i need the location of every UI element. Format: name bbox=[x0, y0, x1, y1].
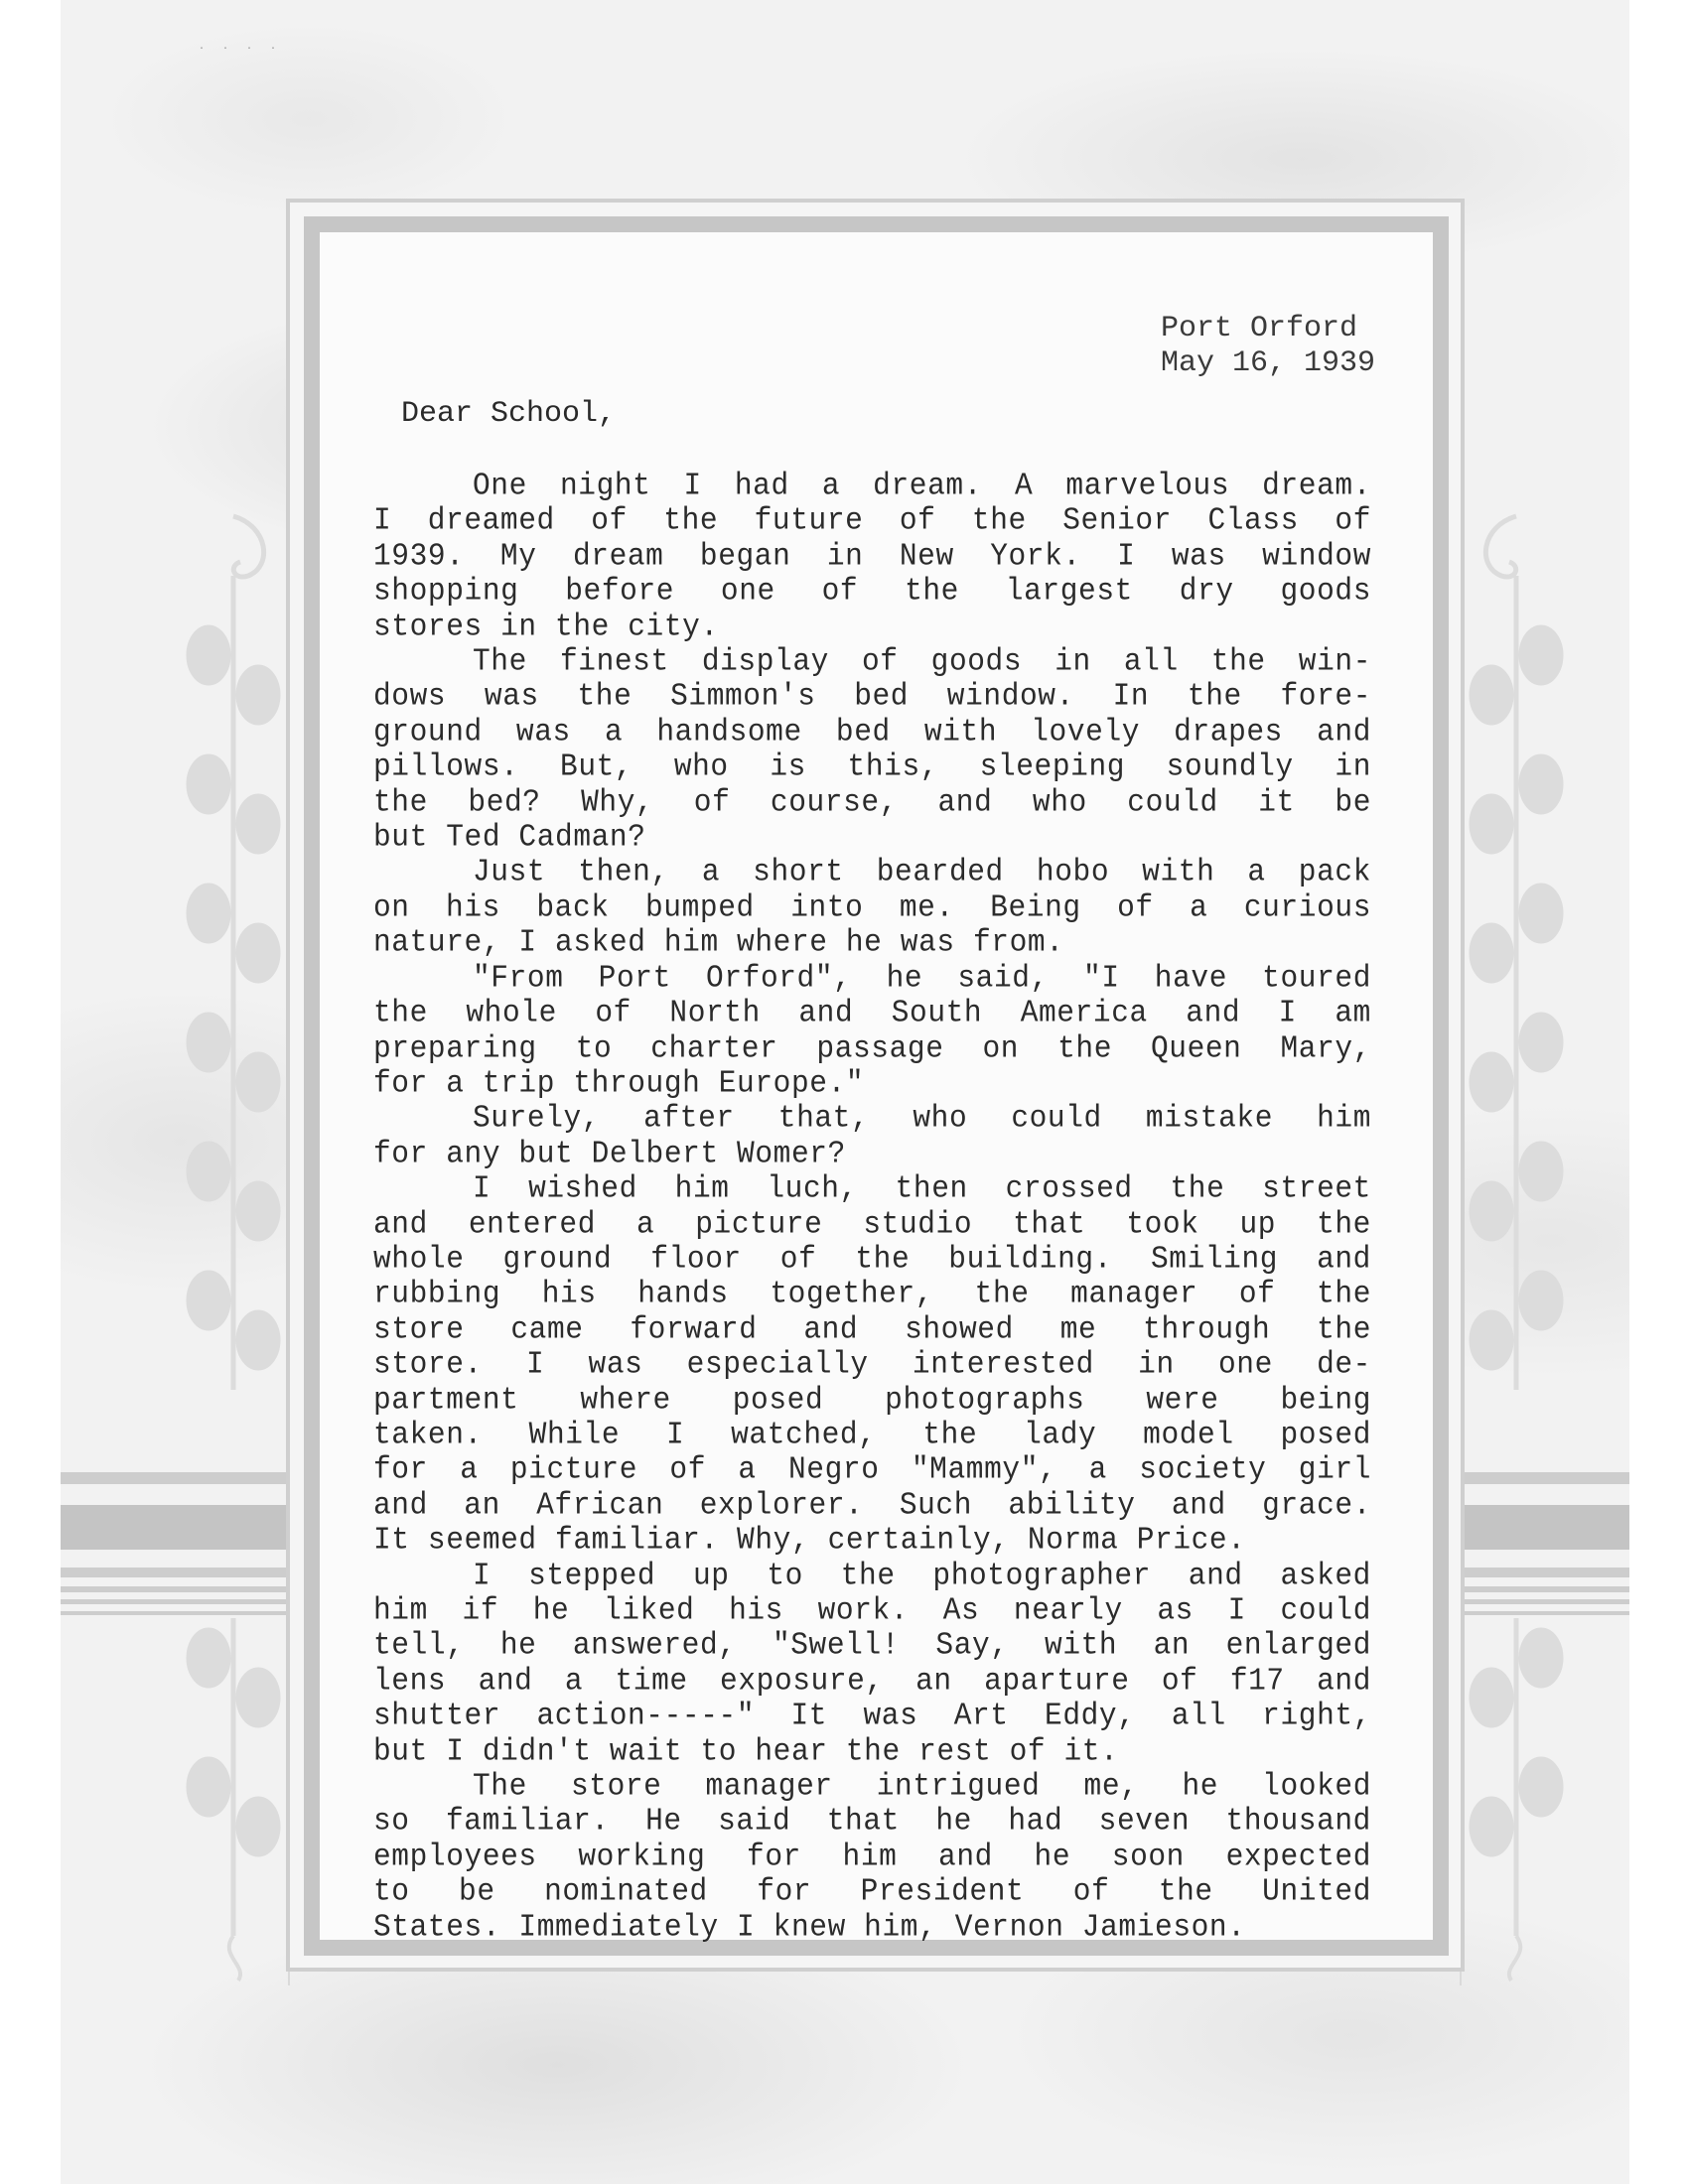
letter-line: The finest display of goods in all the w… bbox=[373, 644, 1371, 679]
letter-salutation: Dear School, bbox=[401, 397, 616, 431]
letter-line: on his back bumped into me. Being of a c… bbox=[373, 890, 1371, 925]
scan-artifact: · · · · bbox=[199, 44, 282, 55]
letter-line: pillows. But, who is this, sleeping soun… bbox=[373, 750, 1371, 784]
letter-paragraph: One night I had a dream. A marvelous dre… bbox=[373, 469, 1371, 644]
letter-line: 1939. My dream began in New York. I was … bbox=[373, 539, 1371, 574]
letter-line: for any but Delbert Womer? bbox=[373, 1137, 1371, 1171]
left-decorative-panel bbox=[179, 496, 290, 1985]
letter-line: It seemed familiar. Why, certainly, Norm… bbox=[373, 1523, 1371, 1558]
letter-line: ground was a handsome bed with lovely dr… bbox=[373, 715, 1371, 750]
letter-paragraph: Surely, after that, who could mistake hi… bbox=[373, 1101, 1371, 1171]
letter-line: but I didn't wait to hear the rest of it… bbox=[373, 1734, 1371, 1769]
letter-place: Port Orford bbox=[1161, 312, 1375, 346]
letter-line: States. Immediately I knew him, Vernon J… bbox=[373, 1910, 1371, 1945]
letter-line: I stepped up to the photographer and ask… bbox=[373, 1559, 1371, 1593]
letter-line: Surely, after that, who could mistake hi… bbox=[373, 1101, 1371, 1136]
letter-paragraph: "From Port Orford", he said, "I have tou… bbox=[373, 961, 1371, 1102]
letter-line: so familiar. He said that he had seven t… bbox=[373, 1805, 1371, 1840]
letter-line: tell, he answered, "Swell! Say, with an … bbox=[373, 1629, 1371, 1664]
letter-line: partment where posed photographs were be… bbox=[373, 1383, 1371, 1418]
letter-line: taken. While I watched, the lady model p… bbox=[373, 1418, 1371, 1452]
letter-line: store. I was especially interested in on… bbox=[373, 1347, 1371, 1382]
letter-heading: Port Orford May 16, 1939 bbox=[1161, 312, 1375, 381]
letter-line: him if he liked his work. As nearly as I… bbox=[373, 1593, 1371, 1628]
letter-line: for a picture of a Negro "Mammy", a soci… bbox=[373, 1452, 1371, 1487]
letter-line: employees working for him and he soon ex… bbox=[373, 1840, 1371, 1874]
letter-line: whole ground floor of the building. Smil… bbox=[373, 1242, 1371, 1277]
letter-line: I dreamed of the future of the Senior Cl… bbox=[373, 503, 1371, 538]
letter-line: the bed? Why, of course, and who could i… bbox=[373, 785, 1371, 820]
letter-line: and entered a picture studio that took u… bbox=[373, 1207, 1371, 1242]
letter-body: One night I had a dream. A marvelous dre… bbox=[373, 469, 1371, 1945]
letter-line: Just then, a short bearded hobo with a p… bbox=[373, 856, 1371, 890]
letter-line: stores in the city. bbox=[373, 610, 1371, 644]
letter-paragraph: Just then, a short bearded hobo with a p… bbox=[373, 856, 1371, 961]
oak-leaf-vine-icon bbox=[1462, 496, 1571, 1985]
letter-line: nature, I asked him where he was from. bbox=[373, 925, 1371, 960]
letter-line: store came forward and showed me through… bbox=[373, 1312, 1371, 1347]
letter-line: preparing to charter passage on the Quee… bbox=[373, 1031, 1371, 1066]
letter-line: dows was the Simmon's bed window. In the… bbox=[373, 679, 1371, 714]
letter-line: "From Port Orford", he said, "I have tou… bbox=[373, 961, 1371, 996]
letter-line: for a trip through Europe." bbox=[373, 1066, 1371, 1101]
oak-leaf-vine-icon bbox=[179, 496, 288, 1985]
letter-line: rubbing his hands together, the manager … bbox=[373, 1277, 1371, 1311]
letter-line: to be nominated for President of the Uni… bbox=[373, 1874, 1371, 1909]
letter-line: I wished him luch, then crossed the stre… bbox=[373, 1171, 1371, 1206]
letter-paragraph: The finest display of goods in all the w… bbox=[373, 644, 1371, 855]
letter-paragraph: I stepped up to the photographer and ask… bbox=[373, 1559, 1371, 1769]
letter-paragraph: I wished him luch, then crossed the stre… bbox=[373, 1171, 1371, 1559]
letter-line: One night I had a dream. A marvelous dre… bbox=[373, 469, 1371, 503]
letter-line: shutter action-----" It was Art Eddy, al… bbox=[373, 1699, 1371, 1733]
letter-line: shopping before one of the largest dry g… bbox=[373, 574, 1371, 609]
letter-line: The store manager intrigued me, he looke… bbox=[373, 1769, 1371, 1804]
letter-line: and an African explorer. Such ability an… bbox=[373, 1488, 1371, 1523]
letter-line: but Ted Cadman? bbox=[373, 820, 1371, 855]
right-decorative-panel bbox=[1460, 496, 1571, 1985]
letter-line: the whole of North and South America and… bbox=[373, 996, 1371, 1030]
letter-line: lens and a time exposure, an aparture of… bbox=[373, 1664, 1371, 1699]
letter-paragraph: The store manager intrigued me, he looke… bbox=[373, 1769, 1371, 1945]
letter-date: May 16, 1939 bbox=[1161, 346, 1375, 381]
